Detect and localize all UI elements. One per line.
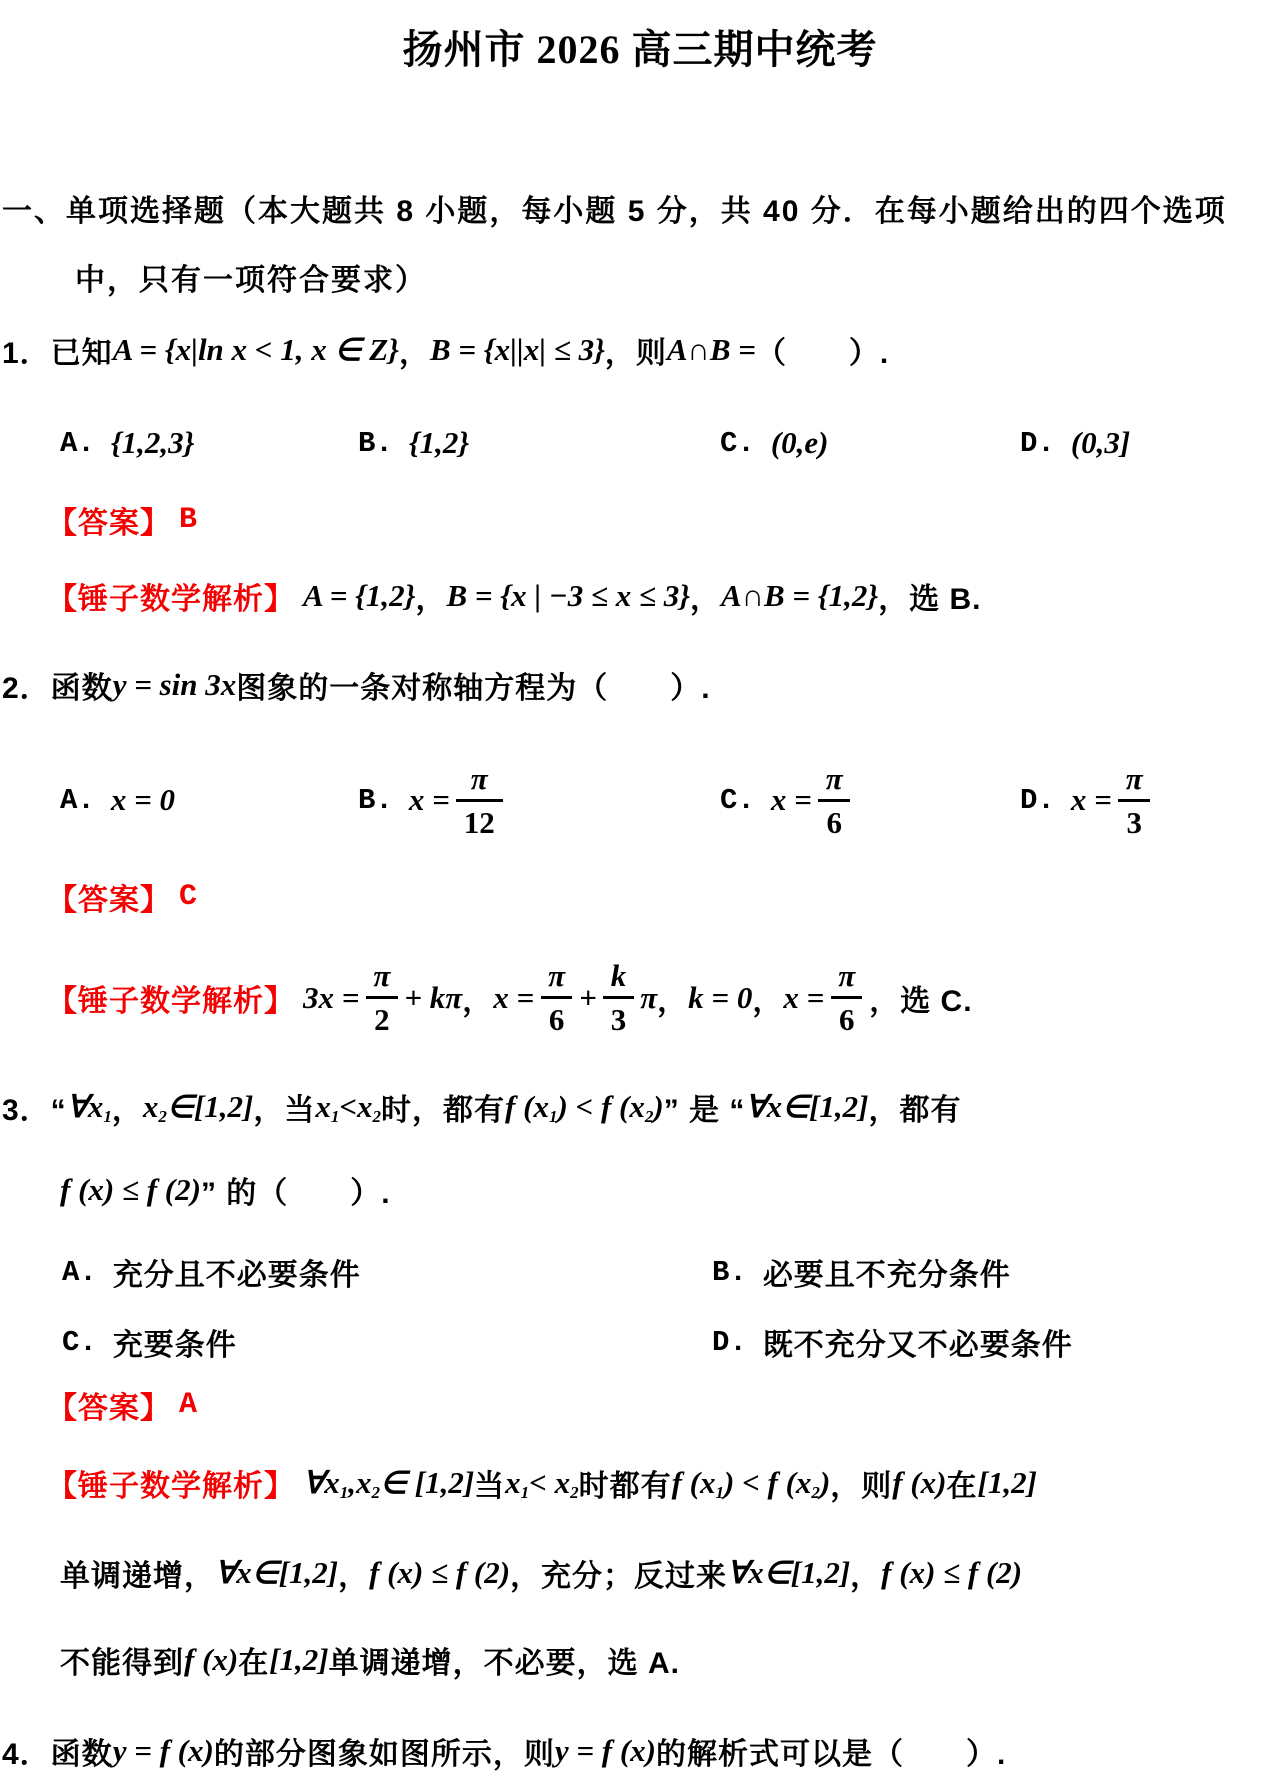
- q3-stem-line1: 3．“∀x1，x2∈[1,2]，当 x1 < x2 时，都有 f (x1) < …: [2, 1082, 961, 1132]
- q3-option-b: B.必要且不充分条件: [712, 1247, 1011, 1297]
- q1-option-a: A.{1,2,3}: [60, 413, 194, 473]
- q3-analysis-line1: 【锤子数学解析】∀x1,x2 ∈ [1,2]当 x1 < x2 时都有 f (x…: [47, 1453, 1037, 1513]
- q1-option-b: B.{1,2}: [358, 413, 469, 473]
- q3-answer: 【答案】A: [47, 1380, 197, 1430]
- exam-page: { "colors": { "answer_red": "#f40000" },…: [0, 0, 1280, 1790]
- q1-answer: 【答案】B: [47, 495, 197, 545]
- q3-analysis-line3: 不能得到 f (x)在[1,2]单调递增，不必要，选 A.: [60, 1635, 680, 1685]
- q2-stem: 2．函数y = sin 3x图象的一条对称轴方程为（ ）.: [2, 660, 711, 710]
- q2-option-d: D.x =π3: [1020, 750, 1157, 850]
- q4-stem: 4．函数 y = f (x)的部分图象如图所示，则 y = f (x)的解析式可…: [2, 1726, 1006, 1776]
- section-header-line2: 中，只有一项符合要求）: [75, 252, 427, 302]
- q2-options-row: A.x = 0 B.x =π12 C.x =π6 D.x =π3: [0, 750, 1280, 850]
- q3-analysis-line2: 单调递增，∀x∈[1,2]，f (x) ≤ f (2)，充分；反过来∀x∈[1,…: [60, 1543, 1022, 1603]
- q2-option-a: A.x = 0: [60, 750, 175, 850]
- q1-option-c: C.(0,e): [720, 413, 828, 473]
- q3-options-row1: A.充分且不必要条件 B.必要且不充分条件: [0, 1247, 1280, 1297]
- q2-option-b: B.x =π12: [358, 750, 509, 850]
- q3-stem-line2: f (x) ≤ f (2)” 的（ ）.: [60, 1160, 391, 1220]
- q1-option-d: D.(0,3]: [1020, 413, 1130, 473]
- q1-stem: 1．已知A = {x|ln x < 1, x ∈ Z}，B = {x||x| ≤…: [2, 325, 889, 375]
- q3-options-row2: C.充要条件 D.既不充分又不必要条件: [0, 1317, 1280, 1367]
- q1-analysis: 【锤子数学解析】A = {1,2}，B = {x | −3 ≤ x ≤ 3}，A…: [47, 566, 982, 626]
- q1-options-row: A.{1,2,3} B.{1,2} C.(0,e) D.(0,3]: [0, 413, 1280, 473]
- exam-title: 扬州市 2026 高三期中统考: [0, 18, 1280, 74]
- q3-option-a: A.充分且不必要条件: [62, 1247, 361, 1297]
- q2-option-c: C.x =π6: [720, 750, 857, 850]
- exam-title-text: 扬州市 2026 高三期中统考: [403, 18, 878, 75]
- q2-answer: 【答案】C: [47, 872, 197, 922]
- q3-option-d: D.既不充分又不必要条件: [712, 1317, 1073, 1367]
- q2-analysis: 【锤子数学解析】3x =π2+ kπ，x =π6+k3π，k = 0，x =π6…: [47, 945, 973, 1050]
- section-header-line1: 一、单项选择题（本大题共 8 小题，每小题 5 分，共 40 分．在每小题给出的…: [2, 183, 1227, 233]
- q3-option-c: C.充要条件: [62, 1317, 237, 1367]
